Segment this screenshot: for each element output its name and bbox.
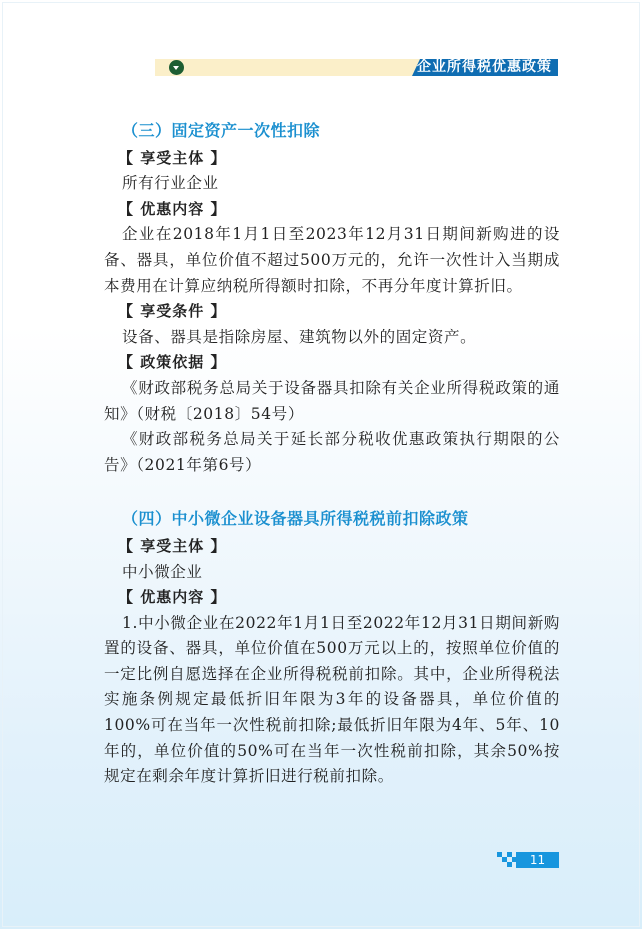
section-spacer xyxy=(104,478,560,506)
header-title: 企业所得税优惠政策 xyxy=(417,59,552,76)
running-header: 企业所得税优惠政策 xyxy=(155,59,558,76)
page-content: （三）固定资产一次性扣除 【 享受主体 】 所有行业企业 【 优惠内容 】 企业… xyxy=(104,118,560,790)
section-title: （四）中小微企业设备器具所得税税前扣除政策 xyxy=(104,506,560,532)
block-label: 【 享受主体 】 xyxy=(104,146,560,172)
page-number: 11 xyxy=(516,852,559,868)
page-number-badge: 11 xyxy=(497,852,559,869)
section-title: （三）固定资产一次性扣除 xyxy=(104,118,560,144)
block-paragraph: 中小微企业 xyxy=(104,560,560,586)
policy-reference: 《财政部税务总局关于设备器具扣除有关企业所得税政策的通知》（财税〔2018〕54… xyxy=(104,376,560,427)
block-paragraph: 所有行业企业 xyxy=(104,171,560,197)
policy-reference: 《财政部税务总局关于延长部分税收优惠政策执行期限的公告》（2021年第6号） xyxy=(104,427,560,478)
block-label: 【 优惠内容 】 xyxy=(104,197,560,223)
block-label: 【 优惠内容 】 xyxy=(104,585,560,611)
block-paragraph: 企业在2018年1月1日至2023年12月31日期间新购进的设备、器具，单位价值… xyxy=(104,222,560,299)
header-tag: 企业所得税优惠政策 xyxy=(412,59,558,76)
block-label: 【 享受条件 】 xyxy=(104,299,560,325)
block-paragraph: 1.中小微企业在2022年1月1日至2022年12月31日期间新购置的设备、器具… xyxy=(104,611,560,790)
checker-pattern-icon xyxy=(497,852,517,869)
block-label: 【 政策依据 】 xyxy=(104,350,560,376)
block-paragraph: 设备、器具是指除房屋、建筑物以外的固定资产。 xyxy=(104,325,560,351)
block-label: 【 享受主体 】 xyxy=(104,534,560,560)
chevron-down-circle-icon xyxy=(169,60,184,75)
